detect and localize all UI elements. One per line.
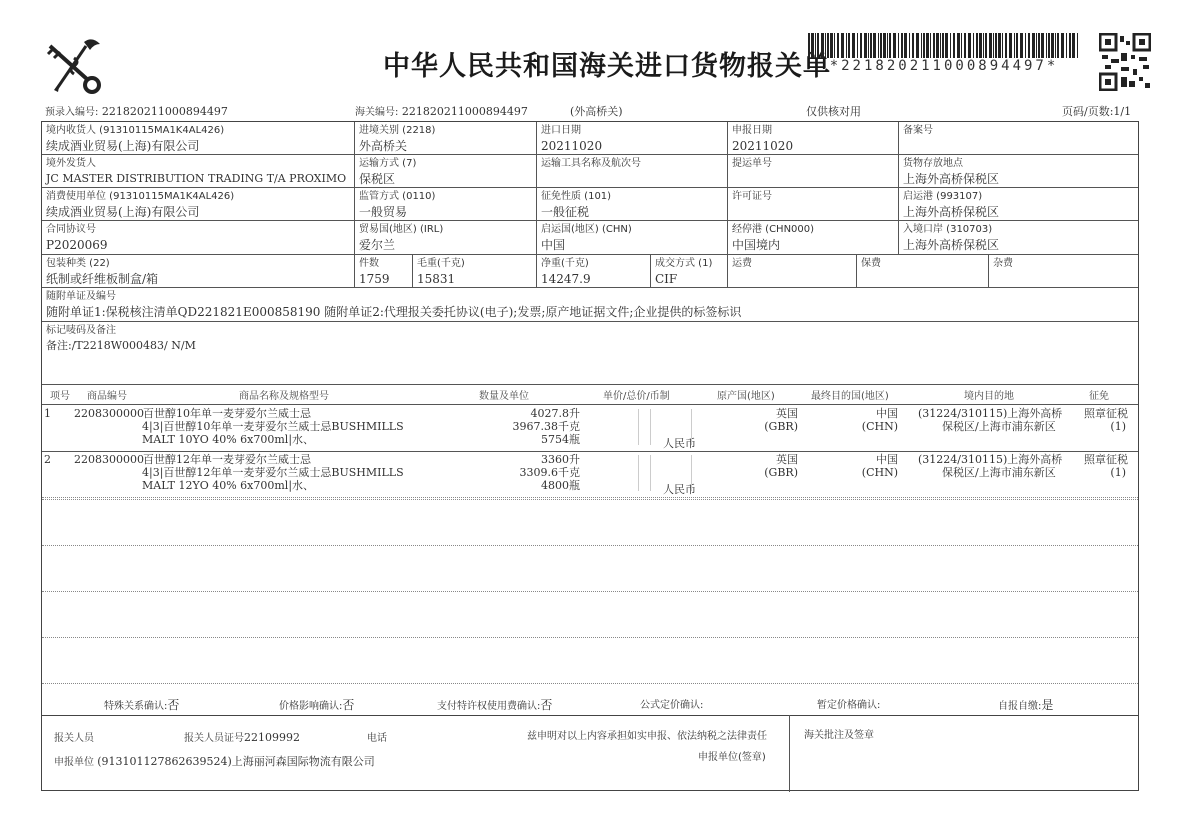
- item-qty-bottles: 4800瓶: [541, 479, 580, 492]
- item-levy: 照章征税: [1084, 453, 1128, 466]
- item-qty-liters: 3360升: [541, 453, 580, 466]
- watermark-text: 仅供核对用: [806, 103, 861, 119]
- customs-number: 海关编号: 221820211000894497: [355, 103, 528, 118]
- item-name-line2: 4|3|百世醇12年单一麦芽爱尔兰威士忌BUSHMILLS: [142, 466, 404, 479]
- item-domestic-dest-line1: (31224/310115)上海外高桥: [918, 453, 1062, 466]
- field-net-weight: 净重(千克)14247.9: [537, 255, 651, 288]
- item-levy-code: (1): [1110, 466, 1126, 479]
- col-header-origin: 原产国(地区): [717, 387, 775, 402]
- field-entry-customs: 进境关别 (2218)外高桥关: [355, 122, 537, 155]
- pre-entry-number: 预录入编号: 221820211000894497: [45, 103, 228, 118]
- field-entry-port: 入境口岸 (310703)上海外高桥保税区: [899, 221, 1138, 255]
- field-attached-docs: 随附单证及编号随附单证1:保税核注清单QD221821E000858190 随附…: [42, 288, 1138, 322]
- field-remarks: 标记唛码及备注备注:/T2218W000483/ N/M: [42, 322, 1138, 385]
- field-supervision: 监管方式 (0110)一般贸易: [355, 188, 537, 221]
- field-insurance: 保费: [857, 255, 989, 288]
- item-levy-code: (1): [1110, 420, 1126, 433]
- item-dest-code: (CHN): [862, 466, 898, 479]
- field-bill-no: 提运单号: [728, 155, 899, 188]
- field-departure-port: 启运港 (993107)上海外高桥保税区: [899, 188, 1138, 221]
- field-contract-no: 合同协议号P2020069: [42, 221, 355, 255]
- item-qty-liters: 4027.8升: [531, 407, 581, 420]
- item-domestic-dest-line2: 保税区/上海市浦东新区: [942, 466, 1056, 479]
- price-divider: [638, 409, 639, 445]
- field-license-no: 许可证号: [728, 188, 899, 221]
- item-hs-code: 2208300000: [74, 407, 144, 420]
- field-import-date: 进口日期20211020: [537, 122, 728, 155]
- col-header-qty: 数量及单位: [479, 387, 529, 402]
- field-consumer: 消费使用单位 (91310115MA1K4AL426)续成酒业贸易(上海)有限公…: [42, 188, 355, 221]
- customs-office: (外高桥关): [570, 103, 623, 119]
- field-ship-country: 启运国(地区) (CHN)中国: [537, 221, 728, 255]
- price-divider: [650, 455, 651, 491]
- item-hs-code: 2208300000: [74, 453, 144, 466]
- field-storage-place: 货物存放地点上海外高桥保税区: [899, 155, 1138, 188]
- col-header-name: 商品名称及规格型号: [239, 387, 329, 402]
- price-divider: [638, 455, 639, 491]
- item-qty-bottles: 5754瓶: [541, 433, 580, 446]
- document-title: 中华人民共和国海关进口货物报关单: [383, 44, 831, 83]
- field-consignor: 境外发货人JC MASTER DISTRIBUTION TRADING T/A …: [42, 155, 355, 188]
- item-origin-code: (GBR): [764, 466, 798, 479]
- legal-statement: 兹申明对以上内容承担如实申报、依法纳税之法律责任: [527, 727, 767, 742]
- field-vessel: 运输工具名称及航次号: [537, 155, 728, 188]
- field-gross-weight: 毛重(千克)15831: [413, 255, 537, 288]
- price-impact-confirmation: 价格影响确认:否: [279, 696, 354, 713]
- page-number: 页码/页数:1/1: [1062, 103, 1131, 119]
- self-pay-confirmation: 自报自缴:是: [998, 696, 1053, 713]
- royalty-confirmation: 支付特许权使用费确认:否: [437, 696, 552, 713]
- col-header-price: 单价/总价/币制: [603, 387, 670, 402]
- field-pieces: 件数1759: [355, 255, 413, 288]
- barcode: [808, 33, 1080, 58]
- declaration-form: 境内收货人 (91310115MA1K4AL426)续成酒业贸易(上海)有限公司…: [41, 121, 1139, 791]
- item-name-line2: 4|3|百世醇10年单一麦芽爱尔兰威士忌BUSHMILLS: [142, 420, 404, 433]
- price-divider: [691, 455, 692, 491]
- field-consignee: 境内收货人 (91310115MA1K4AL426)续成酒业贸易(上海)有限公司: [42, 122, 355, 155]
- field-declare-date: 申报日期20211020: [728, 122, 899, 155]
- field-transport-mode: 运输方式 (7)保税区: [355, 155, 537, 188]
- item-domestic-dest-line1: (31224/310115)上海外高桥: [918, 407, 1062, 420]
- barcode-number: *221820211000894497*: [808, 58, 1080, 74]
- customs-emblem-icon: [40, 36, 104, 96]
- item-origin-code: (GBR): [764, 420, 798, 433]
- field-levy-nature: 征免性质 (101)一般征税: [537, 188, 728, 221]
- declare-unit: 申报单位 (913101127862639524)上海丽河森国际物流有限公司: [54, 753, 375, 769]
- col-header-domestic-dest: 境内目的地: [964, 387, 1014, 402]
- field-transit-port: 经停港 (CHN000)中国境内: [728, 221, 899, 255]
- item-origin: 英国: [776, 407, 798, 420]
- declarant-label: 报关人员: [54, 729, 94, 744]
- item-name-line3: MALT 12YO 40% 6x700ml|水、: [142, 479, 314, 492]
- field-trade-country: 贸易国(地区) (IRL)爱尔兰: [355, 221, 537, 255]
- item-name-line1: 百世醇12年单一麦芽爱尔兰威士忌: [143, 453, 311, 466]
- phone-label: 电话: [367, 729, 387, 744]
- price-divider: [691, 409, 692, 445]
- field-package-type: 包装种类 (22)纸制或纤维板制盒/箱: [42, 255, 355, 288]
- col-header-levy: 征免: [1089, 387, 1109, 402]
- price-divider: [650, 409, 651, 445]
- field-freight: 运费: [728, 255, 857, 288]
- item-no: 2: [44, 453, 51, 466]
- declarant-id: 报关人员证号22109992: [184, 729, 300, 744]
- item-qty-kg: 3967.38千克: [513, 420, 581, 433]
- field-deal-mode: 成交方式 (1)CIF: [651, 255, 728, 288]
- special-relation-confirmation: 特殊关系确认:否: [104, 696, 179, 713]
- field-record-no: 备案号: [899, 122, 1138, 155]
- item-name-line3: MALT 10YO 40% 6x700ml|水、: [142, 433, 314, 446]
- col-header-no: 项号: [50, 387, 70, 402]
- item-no: 1: [44, 407, 51, 420]
- customs-approval-label: 海关批注及签章: [804, 726, 874, 741]
- item-dest-code: (CHN): [862, 420, 898, 433]
- seal-label: 申报单位(签章): [698, 748, 766, 763]
- provisional-price-confirmation: 暂定价格确认:: [817, 696, 880, 711]
- col-header-dest: 最终目的国(地区): [811, 387, 889, 402]
- item-origin: 英国: [776, 453, 798, 466]
- item-dest: 中国: [876, 453, 898, 466]
- qr-code-icon: [1099, 33, 1151, 91]
- item-levy: 照章征税: [1084, 407, 1128, 420]
- field-misc: 杂费: [989, 255, 1138, 288]
- col-header-hs-code: 商品编号: [87, 387, 127, 402]
- item-qty-kg: 3309.6千克: [520, 466, 581, 479]
- item-name-line1: 百世醇10年单一麦芽爱尔兰威士忌: [143, 407, 311, 420]
- item-dest: 中国: [876, 407, 898, 420]
- item-domestic-dest-line2: 保税区/上海市浦东新区: [942, 420, 1056, 433]
- formula-price-confirmation: 公式定价确认:: [640, 696, 703, 711]
